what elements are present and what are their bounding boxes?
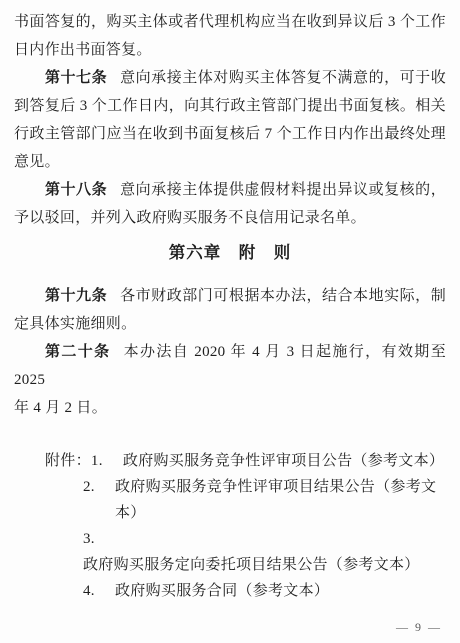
body-text: 各市财政部门可根据本办法，结合本地实际，制 — [120, 288, 446, 304]
body-text: 年 4 月 2 日。 — [14, 400, 107, 416]
attachment-list: 附件：1.政府购买服务竞争性评审项目公告（参考文本） 2.政府购买服务竞争性评审… — [14, 448, 446, 604]
article-number: 第十九条 — [45, 288, 107, 304]
body-text: 书面答复的，购买主体或者代理机构应当在收到异议后 3 个工作 — [14, 14, 446, 30]
attachment-item-text: 政府购买服务合同（参考文本） — [115, 583, 329, 599]
attachment-item: 3.政府购买服务定向委托项目结果公告（参考文本） — [14, 526, 446, 578]
body-line: 行政主管部门应当在收到书面复核后 7 个工作日内作出最终处理 — [14, 120, 446, 148]
article-20-line: 第二十条本办法自 2020 年 4 月 3 日起施行，有效期至 2025 — [14, 338, 446, 394]
body-text: 予以驳回，并列入政府购买服务不良信用记录名单。 — [14, 210, 366, 226]
body-line: 予以驳回，并列入政府购买服务不良信用记录名单。 — [14, 204, 446, 232]
article-18-line: 第十八条意向承接主体提供虚假材料提出异议或复核的， — [14, 176, 446, 204]
article-number: 第十七条 — [45, 70, 107, 86]
attachment-item: 2.政府购买服务竞争性评审项目结果公告（参考文 — [14, 474, 446, 500]
attachment-label: 附件： — [45, 453, 91, 469]
article-17-line: 第十七条意向承接主体对购买主体答复不满意的，可于收 — [14, 64, 446, 92]
attachment-item: 附件：1.政府购买服务竞争性评审项目公告（参考文本） — [14, 448, 446, 474]
document-page: 书面答复的，购买主体或者代理机构应当在收到异议后 3 个工作 日内作出书面答复。… — [0, 0, 460, 643]
attachment-item-text: 本） — [115, 505, 146, 521]
body-line: 书面答复的，购买主体或者代理机构应当在收到异议后 3 个工作 — [14, 8, 446, 36]
body-text: 日内作出书面答复。 — [14, 42, 152, 58]
body-text: 行政主管部门应当在收到书面复核后 7 个工作日内作出最终处理 — [14, 126, 446, 142]
attachment-item-number: 2. — [83, 474, 115, 500]
attachment-item-text: 政府购买服务竞争性评审项目结果公告（参考文 — [115, 479, 436, 495]
body-line: 年 4 月 2 日。 — [14, 394, 446, 422]
body-line: 日内作出书面答复。 — [14, 36, 446, 64]
body-text: 到答复后 3 个工作日内，向其行政主管部门提出书面复核。相关 — [14, 98, 446, 114]
attachment-item-number: 4. — [83, 578, 115, 604]
attachment-item-text: 政府购买服务竞争性评审项目公告（参考文本） — [123, 453, 444, 469]
article-number: 第十八条 — [45, 182, 107, 198]
body-line: 意见。 — [14, 148, 446, 176]
attachment-item-text: 政府购买服务定向委托项目结果公告（参考文本） — [83, 557, 420, 573]
body-text: 意向承接主体提供虚假材料提出异议或复核的， — [120, 182, 446, 198]
article-number: 第二十条 — [45, 344, 111, 360]
article-19-line: 第十九条各市财政部门可根据本办法，结合本地实际，制 — [14, 282, 446, 310]
body-text: 意向承接主体对购买主体答复不满意的，可于收 — [120, 70, 446, 86]
attachment-item-number: 1. — [91, 448, 123, 474]
body-text: 意见。 — [14, 154, 60, 170]
body-text: 定具体实施细则。 — [14, 316, 136, 332]
body-line: 定具体实施细则。 — [14, 310, 446, 338]
attachment-item-number: 3. — [83, 526, 115, 552]
page-number: — 9 — — [396, 620, 442, 635]
document-content: 书面答复的，购买主体或者代理机构应当在收到异议后 3 个工作 日内作出书面答复。… — [0, 0, 460, 604]
attachment-item: 4.政府购买服务合同（参考文本） — [14, 578, 446, 604]
chapter-heading: 第六章 附 则 — [14, 238, 446, 268]
attachment-item-continuation: 本） — [14, 500, 446, 526]
body-line: 到答复后 3 个工作日内，向其行政主管部门提出书面复核。相关 — [14, 92, 446, 120]
